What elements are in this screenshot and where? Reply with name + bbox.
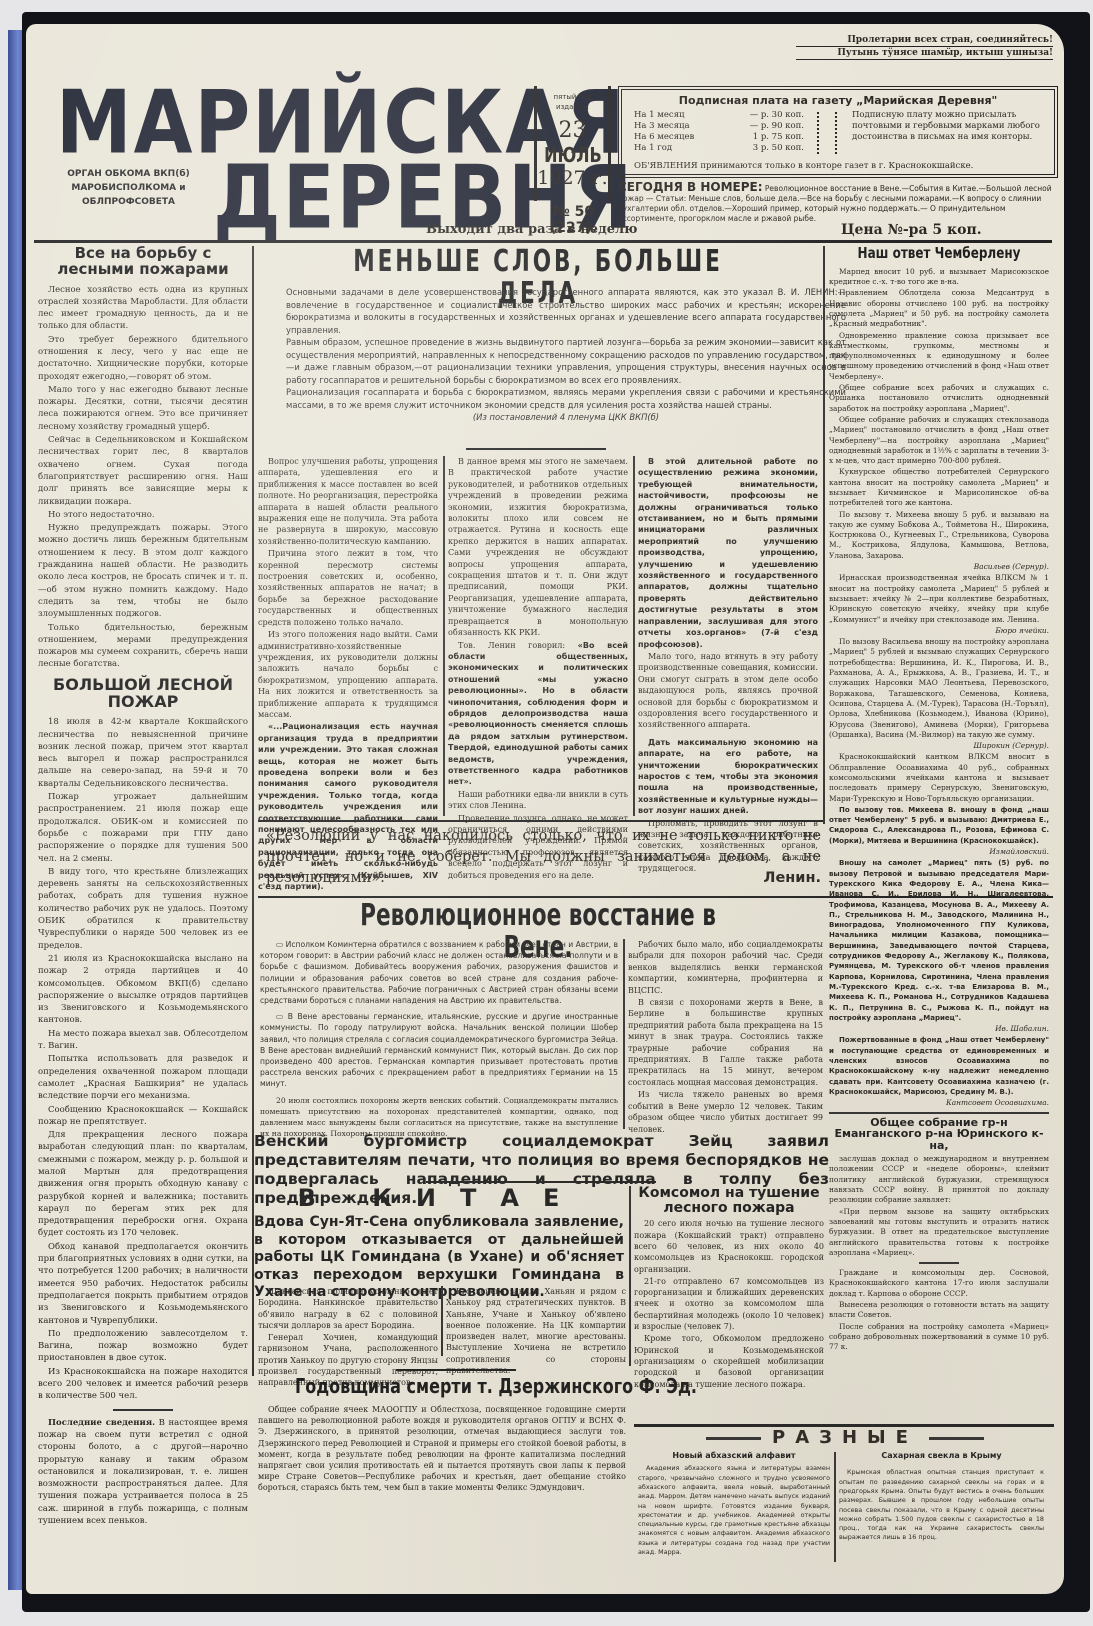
lead-intro-source: (Из постановлений 4 пленума ЦКК ВКП(б) — [286, 411, 846, 424]
paragraph: В связи с похоронами жертв в Вене, в Бер… — [628, 997, 823, 1088]
paragraph: По вызову тов. Михеева В. вношу в фонд „… — [829, 805, 1049, 846]
paragraph: Краснококшайский кантком ВЛКСМ вносит в … — [829, 752, 1049, 803]
signature: Ив. Шабалин. — [829, 1024, 1049, 1034]
column-rule — [629, 1186, 631, 1366]
paragraph: Его войска заняли Ханьян и рядом с Ханьк… — [446, 1286, 626, 1376]
divider — [258, 820, 823, 822]
misc-item: Новый абхазский алфавит Академия абхазск… — [638, 1452, 830, 1557]
divider — [396, 1369, 516, 1371]
paragraph: Вопрос улучшения работы, упрощения аппар… — [258, 456, 438, 547]
ads-notice: ОБ'ЯВЛЕНИЯ принимаются только в конторе … — [634, 161, 973, 171]
date-box: пятый год издания. 23 ИЮЛЬ 1927 г. — [534, 86, 611, 201]
misc-item-text: Академия абхазского языка и литературы в… — [638, 1464, 830, 1557]
paragraph: Рабочих было мало, ибо социалдемократы в… — [628, 939, 823, 996]
column-rule — [633, 456, 635, 816]
newspaper-page: Пролетарии всех стран, соединяйтесь! Пут… — [26, 24, 1064, 1594]
paragraph: Пожар угрожает дальнейшим распространени… — [38, 791, 248, 865]
rate-period: На 1 месяц — [634, 110, 685, 121]
signature: Кантсовет Осоавиахима. — [829, 1098, 1049, 1108]
lead-intro-paragraph: Основными задачами в деле усовершенствов… — [286, 286, 846, 336]
paragraph: Из числа тяжело раненых во время событий… — [628, 1089, 823, 1135]
rate-price: — р. 30 коп. — [750, 110, 804, 121]
telegraph-icon: ▭ — [276, 940, 286, 949]
divider — [919, 1262, 959, 1264]
lenin-quote-author: Ленин. — [763, 868, 821, 889]
paragraph: Общее собрание рабочих и служащих стекло… — [829, 415, 1049, 466]
paragraph: Наши работники едва-ли вникли в суть эти… — [448, 789, 628, 812]
slogan-of-the-day: Дать максимальную экономию на аппарате, … — [638, 737, 818, 817]
chamberlain-headline-text: Наш ответ Чемберлену — [851, 246, 1027, 262]
forest-fires-headline: Все на борьбу с лесными пожарами — [38, 246, 248, 278]
signature: Васильев (Сернур). — [829, 562, 1049, 572]
subscription-rates: На 1 месяц— р. 30 коп. На 3 месяца— р. 9… — [634, 110, 804, 154]
rate-period: На 1 год — [634, 143, 672, 154]
misc-item: Сахарная свекла в Крыму Крымская областн… — [839, 1452, 1044, 1543]
paragraph: Для прекращения лесного пожара выработан… — [38, 1129, 248, 1240]
congress-quote: В этой длительной работе по осуществлени… — [638, 456, 818, 650]
paragraph: Пожертвованные в фонд „Наш ответ Чемберл… — [829, 1035, 1049, 1097]
organ-line: ОБЛПРОФСОВЕТА — [56, 195, 201, 209]
misc-item-text: Крымская областная опытная станция прист… — [839, 1468, 1044, 1542]
vienna-right: Рабочих было мало, ибо социалдемократы в… — [628, 939, 823, 1136]
rate-row: На 1 месяц— р. 30 коп. — [634, 110, 804, 121]
paragraph: Одновременно правление союза призывает в… — [829, 331, 1049, 382]
paragraph: заслушав доклад о международном и внутре… — [829, 1154, 1049, 1205]
paragraph: Причина этого лежит в том, что коренной … — [258, 548, 438, 628]
signature: Широкин (Сернур). — [829, 741, 1049, 751]
paragraph: Правлением Облотдела союза Медсантруд в … — [829, 288, 1049, 329]
paragraph: Марпед вносит 10 руб. и вызывает Марисою… — [829, 267, 1049, 288]
paragraph: В данное время мы этого не замечаем. В п… — [448, 456, 628, 639]
publication-schedule: Выходит два раза в неделю — [426, 222, 638, 237]
paragraph: 21-го отправлено 67 комсомольцев из горо… — [634, 1276, 824, 1332]
paragraph: 20 сего июля ночью на тушение лесного по… — [634, 1218, 824, 1274]
vienna-main: ▭ Исполком Коминтерна обратился с воззва… — [260, 939, 618, 1139]
masthead-rule — [34, 240, 1052, 243]
paragraph: Кроме того, Обкомолом предложено Юринско… — [634, 1333, 824, 1389]
misc-section-title: РАЗНЫЕ — [772, 1427, 918, 1448]
rate-period: На 6 месяцев — [634, 132, 694, 143]
organ-line: МАРОБИСПОЛКОМА и — [56, 181, 201, 195]
telegraph-icon: ▭ — [276, 1012, 288, 1021]
rate-price: 1 р. 75 коп. — [753, 132, 804, 143]
paragraph: Шанхайская полиция усиленно ищет Бородин… — [258, 1286, 438, 1331]
paragraph: Общее собрание ячеек МАООГПУ и Облестхоз… — [258, 1404, 626, 1494]
in-this-issue-label: СЕГОДНЯ В НОМЕРЕ: — [618, 180, 763, 194]
rate-period: На 3 месяца — [634, 121, 690, 132]
subscription-heading: Подписная плата на газету „Марийская Дер… — [632, 94, 1044, 107]
slogans: Пролетарии всех стран, соединяйтесь! Пут… — [796, 34, 1053, 60]
paragraph: 18 июля в 42-м квартале Кокшайского лесн… — [38, 716, 248, 790]
lenin-quote: «Резолюций у нас накопилось столько, что… — [266, 828, 821, 886]
slogan-mari: Путынь тӱнясе шамӹр, иктыш ушныза! — [796, 47, 1053, 60]
paragraph: Из этого положения надо выйти. Сами адми… — [258, 629, 438, 720]
issue-day: 23 — [537, 118, 608, 143]
column-rule — [441, 1286, 443, 1356]
signature: Бюро ячейки. — [829, 626, 1049, 636]
misc-item-title: Новый абхазский алфавит — [638, 1452, 830, 1460]
paragraph: Сейчас в Седельниковском и Кокшайском ле… — [38, 434, 248, 508]
divider — [426, 1181, 656, 1183]
column-rule — [623, 939, 625, 1129]
in-this-issue: СЕГОДНЯ В НОМЕРЕ: Революционное восстани… — [618, 182, 1058, 224]
paragraph: Общее собрание всех рабочих и служащих с… — [829, 383, 1049, 414]
lead-intro: Основными задачами в деле усовершенствов… — [286, 286, 846, 424]
paragraph: Мало того, надо втянуть в эту работу про… — [638, 651, 818, 731]
paragraph: Кукнурское общество потребителей Сернурс… — [829, 467, 1049, 508]
ornament-rule — [929, 1437, 984, 1440]
chamberlain-headline: Наш ответ Чемберлену — [829, 246, 1049, 262]
dzerzhinsky-text: Общее собрание ячеек МАООГПУ и Облестхоз… — [258, 1404, 626, 1495]
year-of-publication: пятый год издания. — [537, 92, 608, 112]
lead-col3: В этой длительной работе по осуществлени… — [638, 456, 818, 876]
china-kicker: В КИТАЕ — [258, 1186, 623, 1211]
misc-section-header: РАЗНЫЕ — [636, 1427, 1054, 1448]
issue-year: 1927 г. — [537, 167, 608, 189]
paragraph: В виду того, что крестьяне близлежащих д… — [38, 866, 248, 952]
paragraph: Попытка использовать для разведок и опре… — [38, 1053, 248, 1102]
publisher-organ: ОРГАН ОБКОМА ВКП(б) МАРОБИСПОЛКОМА и ОБЛ… — [56, 167, 201, 209]
komsomol-article: Комсомол на тушение лесного пожара 20 се… — [634, 1186, 824, 1391]
rate-row: На 6 месяцев1 р. 75 коп. — [634, 132, 804, 143]
paragraph: После собрания на постройку самолета «Ма… — [829, 1322, 1049, 1353]
paragraph: Мало того у нас ежегодно бывают лесные п… — [38, 384, 248, 433]
big-fire-headline: БОЛЬШОЙ ЛЕСНОЙ ПОЖАР — [38, 677, 248, 711]
paragraph: 21 июля из Краснококшайска выслано на по… — [38, 953, 248, 1027]
lead-intro-paragraph: Равным образом, успешное проведение в жи… — [286, 336, 846, 386]
column-rule — [443, 456, 445, 816]
komsomol-headline: Комсомол на тушение лесного пожара — [634, 1186, 824, 1215]
subscription-note: Подписную плату можно присылать почтовым… — [852, 110, 1042, 143]
paragraph: Нужно предупреждать пожары. Этого можно … — [38, 522, 248, 620]
paragraph: Это требует бережного бдительного отноше… — [38, 334, 248, 383]
lenin-quote-inline: «Во всей области общественных, экономиче… — [448, 641, 628, 787]
column-rule — [834, 1452, 836, 1562]
ornament-rule — [706, 1437, 761, 1440]
left-column: Все на борьбу с лесными пожарами Лесное … — [38, 246, 248, 1528]
china-col2: Его войска заняли Ханьян и рядом с Ханьк… — [446, 1286, 626, 1377]
paragraph: Из Краснококшайска на пожаре находится в… — [38, 1366, 248, 1403]
issue-month: ИЮЛЬ — [544, 143, 601, 167]
organ-line: ОРГАН ОБКОМА ВКП(б) — [56, 167, 201, 181]
paragraph: По предположению завлесотделом т. Вагина… — [38, 1328, 248, 1365]
paragraph: В Вене арестованы германские, итальянски… — [260, 1012, 618, 1088]
dzerzhinsky-headline: Годовщина смерти т. Дзержинского Ф. Эд. — [258, 1376, 628, 1397]
paragraph: По вызову Васильева вношу на постройку а… — [829, 637, 1049, 740]
paragraph: Но этого недостаточно. — [38, 509, 248, 521]
paragraph: «При первом вызове на защиту октябрьских… — [829, 1207, 1049, 1258]
ornament-divider — [817, 112, 837, 154]
rate-row: На 1 год3 р. 50 коп. — [634, 143, 804, 154]
paragraph: Исполком Коминтерна обратился с воззвани… — [260, 940, 618, 1005]
dzerzhinsky-headline-text: Годовщина смерти т. Дзержинского Ф. Эд. — [295, 1376, 591, 1397]
signature: Измайловский. — [829, 847, 1049, 857]
paragraph: Вношу на самолет „Мариец" пять (5) руб. … — [829, 858, 1049, 1023]
lenin-intro: Тов. Ленин говорил: — [458, 640, 565, 650]
lead-intro-paragraph: Рационализация госаппарата и борьба с бю… — [286, 386, 846, 411]
paragraph: Вынесена резолюция о готовности встать н… — [829, 1300, 1049, 1321]
latest-news: В настоящее время пожар на своем пути вс… — [38, 1418, 248, 1526]
paragraph: Только бдительностью, бережным отношение… — [38, 622, 248, 671]
column-rule — [823, 246, 825, 824]
lenin-quote-box: «Резолюций у нас накопилось столько, что… — [266, 826, 821, 889]
rate-price: 3 р. 50 коп. — [753, 143, 804, 154]
paragraph: Ирнасская производственная ячейка ВЛКСМ … — [829, 573, 1049, 624]
divider — [829, 1112, 1049, 1114]
misc-item-title: Сахарная свекла в Крыму — [839, 1452, 1044, 1460]
lead-col2: В данное время мы этого не замечаем. В п… — [448, 456, 628, 882]
paragraph: Сообщению Краснококшайск — Кокшайск пожа… — [38, 1104, 248, 1129]
slogan-russian: Пролетарии всех стран, соединяйтесь! — [796, 34, 1053, 47]
paragraph: Граждане и комсомольцы дер. Сосновой, Кр… — [829, 1268, 1049, 1299]
paragraph: Лесное хозяйство есть одна из крупных от… — [38, 284, 248, 333]
divider — [113, 1409, 173, 1411]
paragraph: По вызову т. Михеева вношу 5 руб. и вызы… — [829, 510, 1049, 561]
right-column: Наш ответ Чемберлену Марпед вносит 10 ру… — [829, 246, 1049, 1353]
subscription-box: Подписная плата на газету „Марийская Дер… — [618, 86, 1058, 178]
latest-news-label: Последние сведения. — [48, 1418, 155, 1428]
issue-price: Цена №-ра 5 коп. — [841, 222, 982, 238]
divider — [466, 448, 606, 450]
paragraph: Обход канавой предполагается окончить пр… — [38, 1241, 248, 1327]
meeting-headline: Общее собрание гр-н Еманганского р-на Юр… — [829, 1117, 1049, 1152]
rate-row: На 3 месяца— р. 90 коп. — [634, 121, 804, 132]
paragraph: На место пожара выехал зав. Облесотделом… — [38, 1028, 248, 1053]
rate-price: — р. 90 коп. — [750, 121, 804, 132]
